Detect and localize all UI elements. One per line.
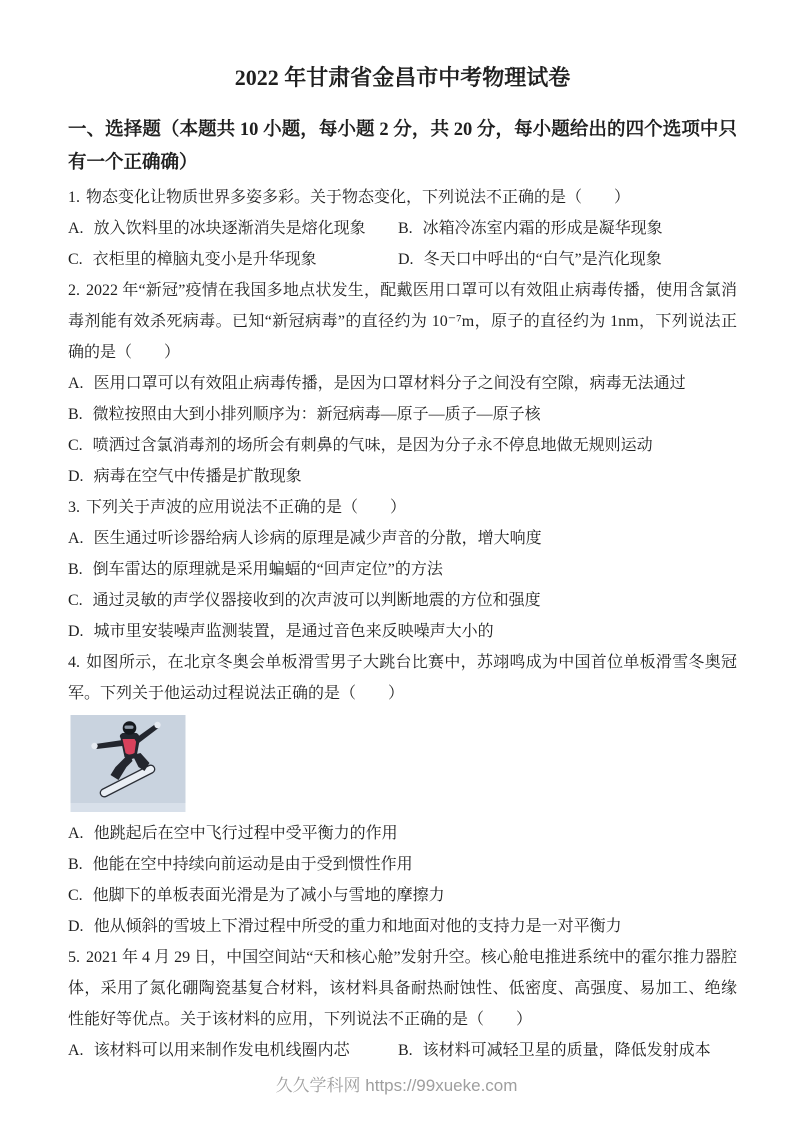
exam-content: 2022 年甘肃省金昌市中考物理试卷 一、选择题（本题共 10 小题，每小题 2… [0,0,793,1066]
question-5: 5.2021 年 4 月 29 日，中国空间站“天和核心舱”发射升空。核心舱电推… [68,942,737,1066]
option-text: 该材料可减轻卫星的质量，降低发射成本 [423,1042,711,1059]
option-label: C. [68,437,83,454]
question-number: 4. [68,654,80,671]
option-c: C.喷洒过含氯消毒剂的场所会有刺鼻的气味，是因为分子永不停息地做无规则运动 [68,430,737,461]
question-1: 1.物态变化让物质世界多姿多彩。关于物态变化，下列说法不正确的是（ ） A.放入… [68,182,737,275]
option-text: 倒车雷达的原理就是采用蝙蝠的“回声定位”的方法 [93,561,443,578]
option-a: A.医用口罩可以有效阻止病毒传播，是因为口罩材料分子之间没有空隙，病毒无法通过 [68,368,737,399]
question-number: 3. [68,499,80,516]
snowboarder-photo [70,715,186,812]
option-label: A. [68,1042,84,1059]
option-label: B. [398,1042,413,1059]
question-stem: 2.2022 年“新冠”疫情在我国多地点状发生，配戴医用口罩可以有效阻止病毒传播… [68,275,737,368]
snowboarder-illustration [70,715,186,812]
option-text: 冰箱冷冻室内霜的形成是凝华现象 [423,220,663,237]
option-row: A.该材料可以用来制作发电机线圈内芯 B.该材料可减轻卫星的质量，降低发射成本 [68,1035,737,1066]
option-d: D.病毒在空气中传播是扩散现象 [68,461,737,492]
option-text: 病毒在空气中传播是扩散现象 [94,468,302,485]
question-text: 2022 年“新冠”疫情在我国多地点状发生，配戴医用口罩可以有效阻止病毒传播，使… [68,282,737,361]
question-number: 1. [68,189,80,206]
option-c: C.衣柜里的樟脑丸变小是升华现象 [68,244,398,275]
option-label: D. [68,623,84,640]
watermark-footer: 久久学科网 https://99xueke.com [0,1071,793,1096]
option-label: B. [68,856,83,873]
option-b: B.冰箱冷冻室内霜的形成是凝华现象 [398,213,737,244]
option-text: 他脚下的单板表面光滑是为了减小与雪地的摩擦力 [93,887,445,904]
option-text: 冬天口中呼出的“白气”是汽化现象 [424,251,662,268]
option-text: 医用口罩可以有效阻止病毒传播，是因为口罩材料分子之间没有空隙，病毒无法通过 [94,375,686,392]
option-a: A.该材料可以用来制作发电机线圈内芯 [68,1035,398,1066]
option-text: 喷洒过含氯消毒剂的场所会有刺鼻的气味，是因为分子永不停息地做无规则运动 [93,437,653,454]
question-number: 5. [68,949,80,966]
option-d: D.他从倾斜的雪坡上下滑过程中所受的重力和地面对他的支持力是一对平衡力 [68,911,737,942]
option-text: 他跳起后在空中飞行过程中受平衡力的作用 [94,825,398,842]
option-label: C. [68,887,83,904]
option-text: 城市里安装噪声监测装置，是通过音色来反映噪声大小的 [94,623,494,640]
option-label: D. [68,468,84,485]
question-stem: 5.2021 年 4 月 29 日，中国空间站“天和核心舱”发射升空。核心舱电推… [68,942,737,1035]
option-a: A.他跳起后在空中飞行过程中受平衡力的作用 [68,818,737,849]
question-number: 2. [68,282,80,299]
option-label: A. [68,375,84,392]
option-text: 微粒按照由大到小排列顺序为：新冠病毒—原子—质子—原子核 [93,406,541,423]
option-b: B.该材料可减轻卫星的质量，降低发射成本 [398,1035,737,1066]
option-label: A. [68,220,84,237]
option-text: 他从倾斜的雪坡上下滑过程中所受的重力和地面对他的支持力是一对平衡力 [94,918,622,935]
question-stem: 4.如图所示，在北京冬奥会单板滑雪男子大跳台比赛中，苏翊鸣成为中国首位单板滑雪冬… [68,647,737,709]
question-text: 如图所示，在北京冬奥会单板滑雪男子大跳台比赛中，苏翊鸣成为中国首位单板滑雪冬奥冠… [68,654,737,702]
question-4: 4.如图所示，在北京冬奥会单板滑雪男子大跳台比赛中，苏翊鸣成为中国首位单板滑雪冬… [68,647,737,942]
option-label: B. [68,406,83,423]
option-text: 通过灵敏的声学仪器接收到的次声波可以判断地震的方位和强度 [93,592,541,609]
question-text: 2021 年 4 月 29 日，中国空间站“天和核心舱”发射升空。核心舱电推进系… [68,949,737,1028]
option-a: A.医生通过听诊器给病人诊病的原理是减少声音的分散，增大响度 [68,523,737,554]
option-label: C. [68,251,83,268]
option-c: C.他脚下的单板表面光滑是为了减小与雪地的摩擦力 [68,880,737,911]
option-row: A.放入饮料里的冰块逐渐消失是熔化现象 B.冰箱冷冻室内霜的形成是凝华现象 [68,213,737,244]
option-b: B.倒车雷达的原理就是采用蝙蝠的“回声定位”的方法 [68,554,737,585]
option-label: B. [398,220,413,237]
section-heading: 一、选择题（本题共 10 小题，每小题 2 分，共 20 分，每小题给出的四个选… [68,114,737,180]
option-row: C.衣柜里的樟脑丸变小是升华现象 D.冬天口中呼出的“白气”是汽化现象 [68,244,737,275]
page-title: 2022 年甘肃省金昌市中考物理试卷 [68,64,737,92]
option-c: C.通过灵敏的声学仪器接收到的次声波可以判断地震的方位和强度 [68,585,737,616]
option-text: 该材料可以用来制作发电机线圈内芯 [94,1042,350,1059]
option-b: B.微粒按照由大到小排列顺序为：新冠病毒—原子—质子—原子核 [68,399,737,430]
option-text: 他能在空中持续向前运动是由于受到惯性作用 [93,856,413,873]
option-d: D.冬天口中呼出的“白气”是汽化现象 [398,244,737,275]
option-text: 放入饮料里的冰块逐渐消失是熔化现象 [94,220,366,237]
option-b: B.他能在空中持续向前运动是由于受到惯性作用 [68,849,737,880]
option-text: 衣柜里的樟脑丸变小是升华现象 [93,251,317,268]
question-2: 2.2022 年“新冠”疫情在我国多地点状发生，配戴医用口罩可以有效阻止病毒传播… [68,275,737,492]
question-stem: 1.物态变化让物质世界多姿多彩。关于物态变化，下列说法不正确的是（ ） [68,182,737,213]
option-d: D.城市里安装噪声监测装置，是通过音色来反映噪声大小的 [68,616,737,647]
option-label: D. [398,251,414,268]
question-3: 3.下列关于声波的应用说法不正确的是（ ） A.医生通过听诊器给病人诊病的原理是… [68,492,737,647]
option-label: B. [68,561,83,578]
option-label: A. [68,530,84,547]
question-text: 物态变化让物质世界多姿多彩。关于物态变化，下列说法不正确的是（ ） [86,189,630,206]
question-text: 下列关于声波的应用说法不正确的是（ ） [86,499,406,516]
exam-page: 2022 年甘肃省金昌市中考物理试卷 一、选择题（本题共 10 小题，每小题 2… [0,0,793,1122]
option-a: A.放入饮料里的冰块逐渐消失是熔化现象 [68,213,398,244]
question-stem: 3.下列关于声波的应用说法不正确的是（ ） [68,492,737,523]
option-text: 医生通过听诊器给病人诊病的原理是减少声音的分散，增大响度 [94,530,542,547]
option-label: D. [68,918,84,935]
option-label: A. [68,825,84,842]
option-label: C. [68,592,83,609]
